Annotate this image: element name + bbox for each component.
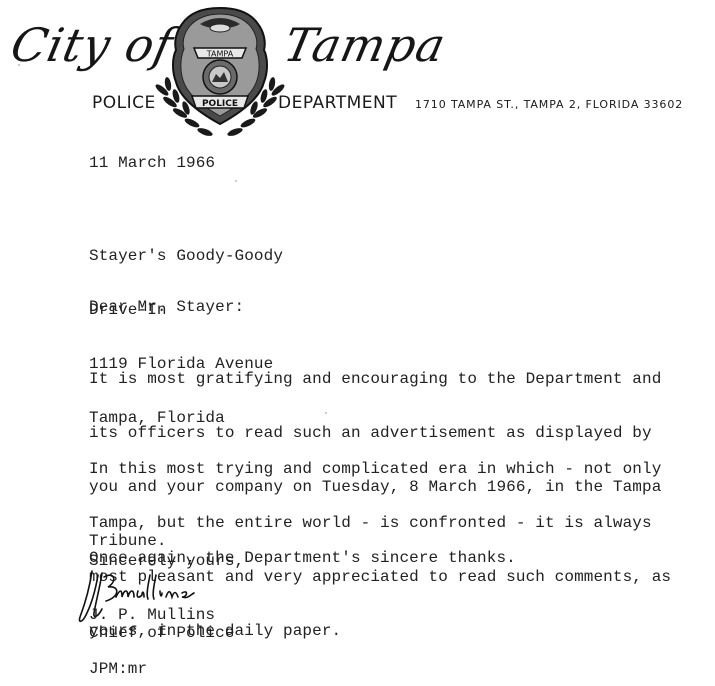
paper-speck	[18, 64, 20, 66]
letterhead-department: DEPARTMENT	[278, 95, 397, 112]
letter-date: 11 March 1966	[89, 154, 215, 172]
paragraph-line: It is most gratifying and encouraging to…	[89, 370, 661, 388]
paragraph-line: In this most trying and complicated era …	[89, 460, 671, 478]
badge-bottom-text: POLICE	[202, 99, 238, 109]
letterhead-tampa: Tampa	[280, 22, 450, 68]
recipient-line: Stayer's Goody-Goody	[89, 247, 283, 265]
paper-speck	[235, 180, 237, 182]
reference-initials: JPM:mr	[89, 660, 147, 678]
badge-top-text: TAMPA	[206, 50, 234, 59]
letterhead: City of Tampa TA	[0, 0, 715, 145]
police-badge-with-laurel-icon: TAMPA POLICE	[150, 2, 290, 144]
paper-speck	[325, 412, 327, 414]
signer-title: Chief of Police	[89, 624, 235, 642]
letterhead-address: 1710 TAMPA ST., TAMPA 2, FLORIDA 33602	[415, 99, 683, 110]
signer-name: J. P. Mullins	[89, 606, 215, 624]
salutation: Dear Mr. Stayer:	[89, 298, 244, 316]
letterhead-police: POLICE	[92, 95, 156, 112]
